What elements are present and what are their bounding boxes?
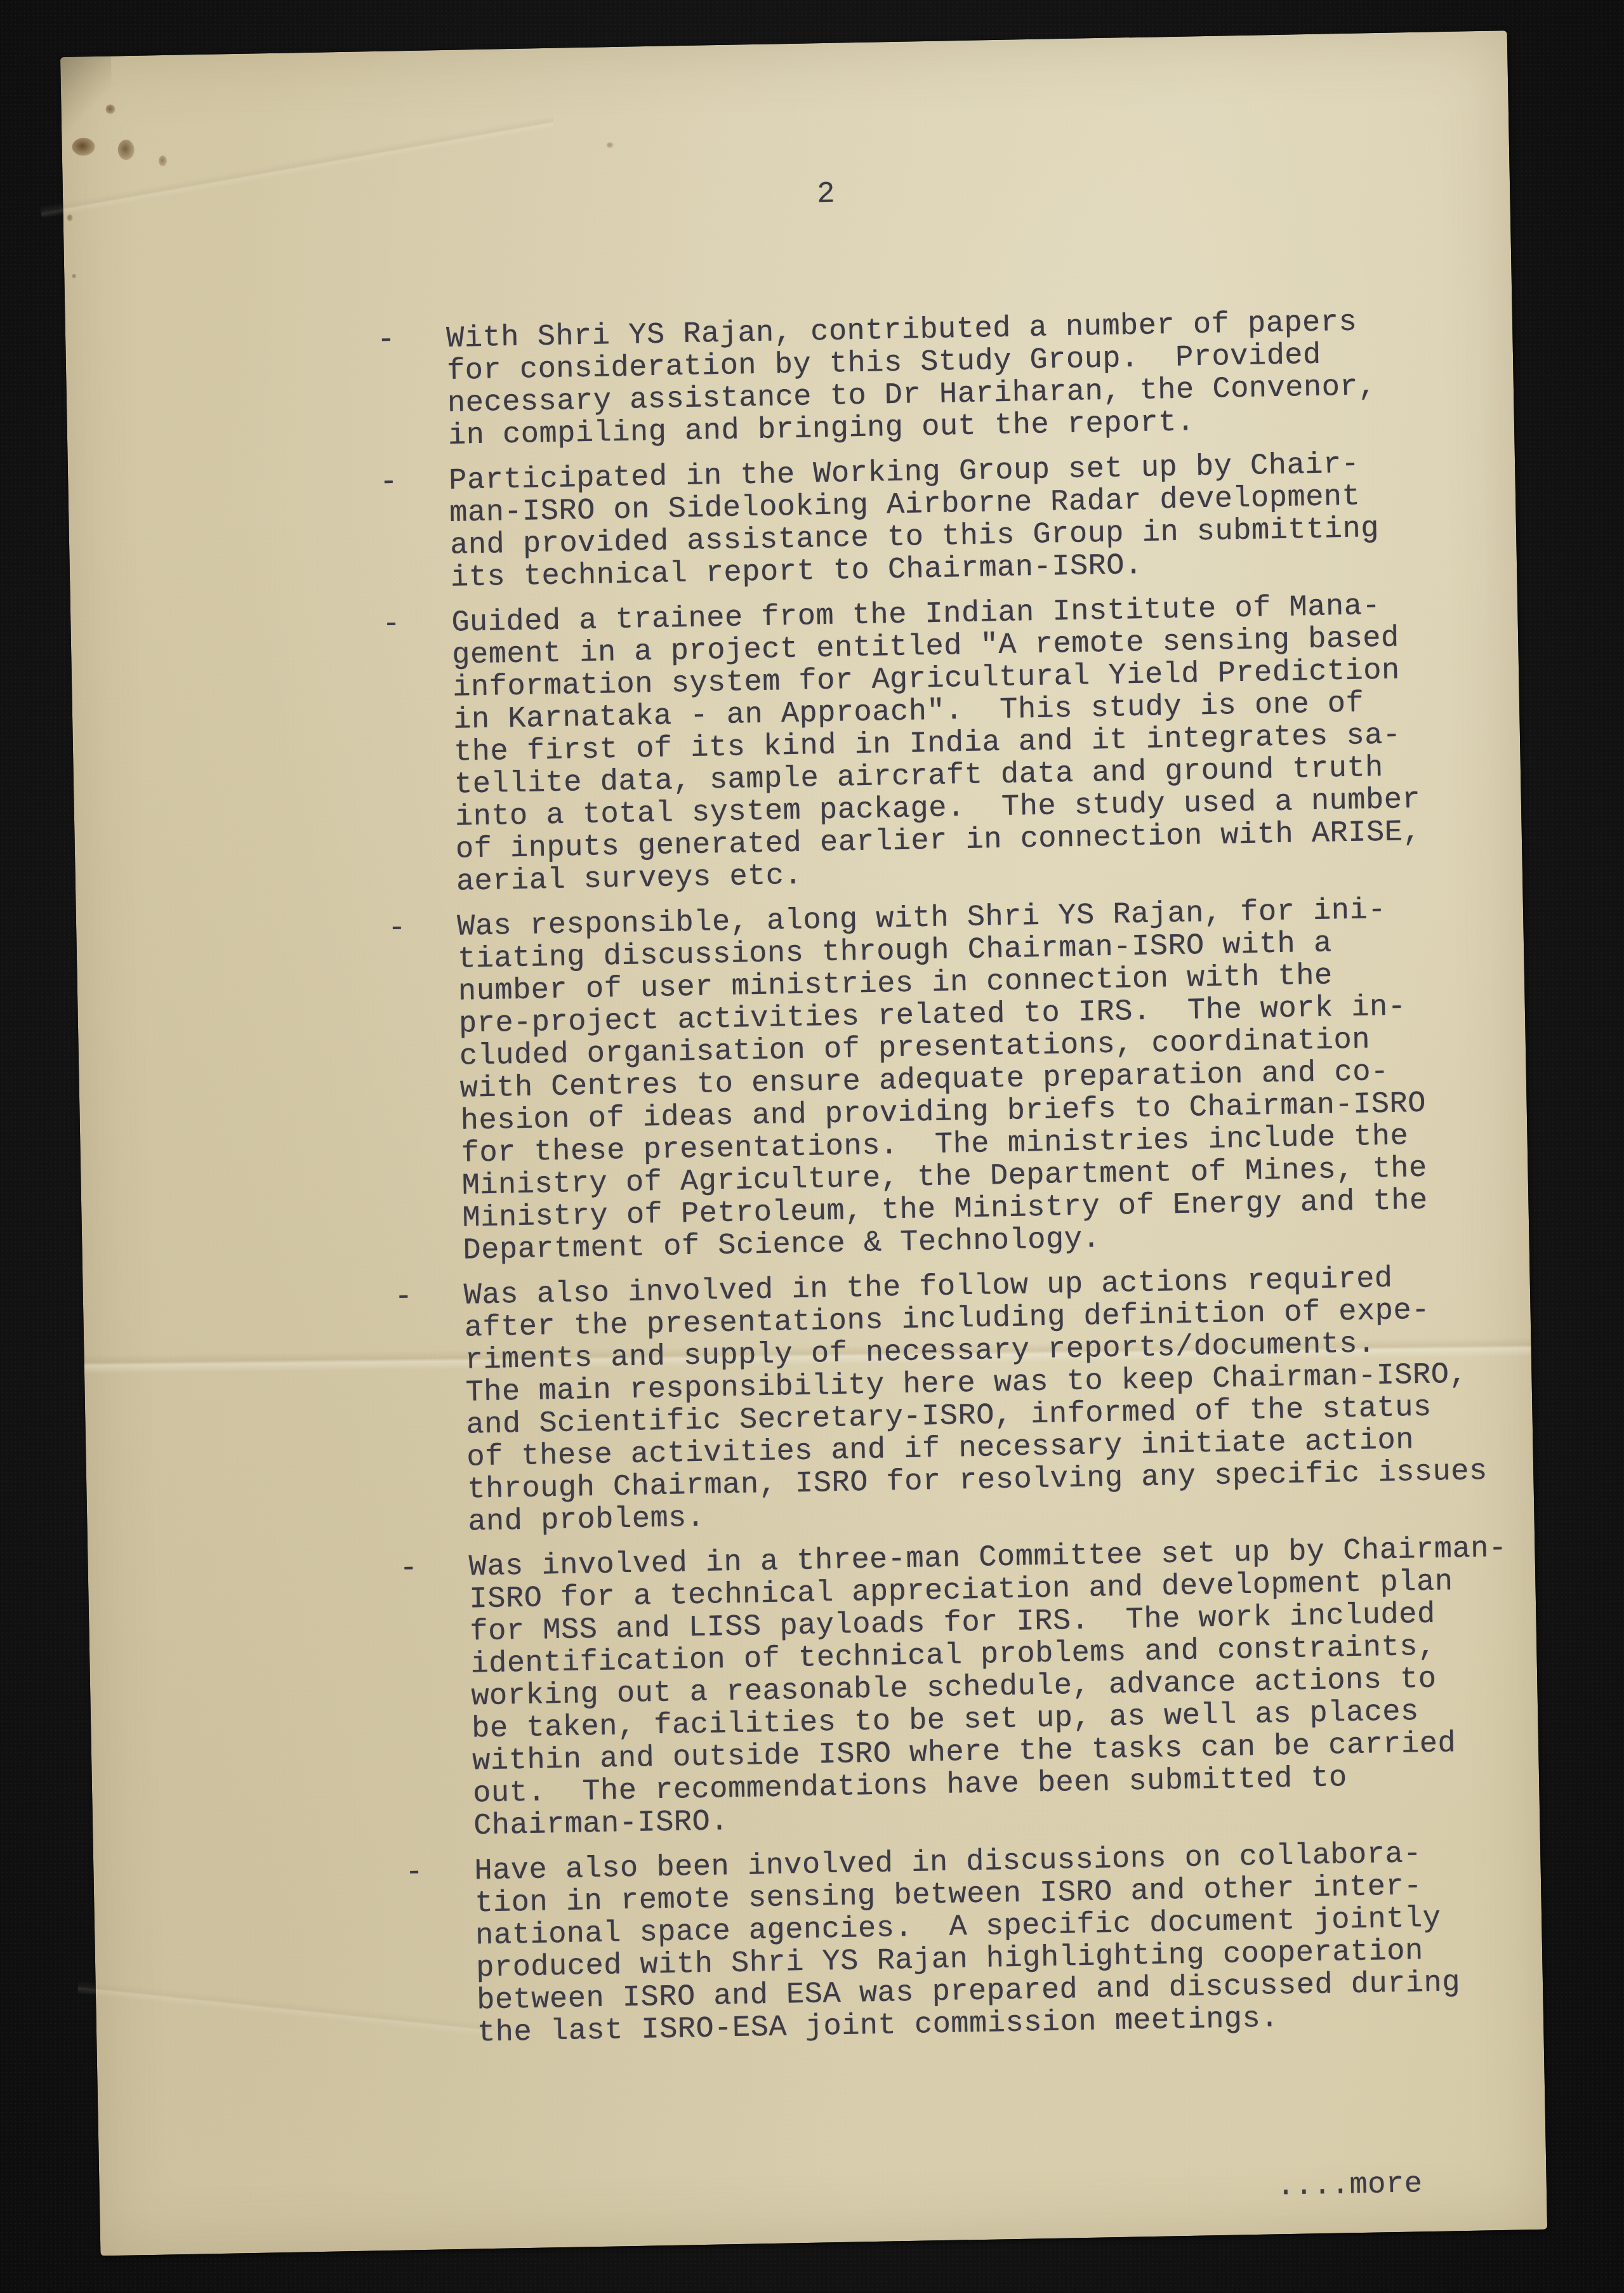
staple-mark bbox=[72, 138, 95, 156]
bullet-item: - With Shri YS Rajan, contributed a numb… bbox=[377, 304, 1487, 454]
bullet-item: - Have also been involved in discussions… bbox=[405, 1837, 1515, 2051]
dash-bullet: - bbox=[382, 607, 456, 900]
paragraph-text: Have also been involved in discussions o… bbox=[474, 1837, 1461, 2049]
stain-spot bbox=[159, 155, 167, 166]
bullet-item: - Was responsible, along with Shri YS Ra… bbox=[388, 892, 1502, 1269]
dash-bullet: - bbox=[394, 1280, 468, 1540]
stain-spot bbox=[72, 274, 76, 279]
stain-spot bbox=[67, 215, 73, 221]
bullet-item: - Was also involved in the follow up act… bbox=[394, 1261, 1506, 1540]
scanner-background: 2 - With Shri YS Rajan, contributed a nu… bbox=[0, 0, 1624, 2293]
dash-bullet: - bbox=[388, 911, 463, 1269]
dash-bullet: - bbox=[399, 1552, 473, 1844]
paragraph-text: Guided a trainee from the Indian Institu… bbox=[451, 590, 1422, 899]
bullet-item: - Guided a trainee from the Indian Insti… bbox=[382, 588, 1495, 900]
document-page: 2 - With Shri YS Rajan, contributed a nu… bbox=[60, 30, 1547, 2256]
dash-bullet: - bbox=[380, 465, 451, 596]
stain-spot bbox=[607, 142, 614, 148]
staple-mark bbox=[105, 104, 115, 114]
page-number: 2 bbox=[817, 178, 836, 211]
paragraph-text: Was also involved in the follow up actio… bbox=[463, 1261, 1488, 1538]
crease-line bbox=[40, 116, 555, 219]
bullet-item: - Participated in the Working Group set … bbox=[380, 446, 1489, 596]
paragraph-text: Was involved in a three-man Committee se… bbox=[468, 1533, 1512, 1843]
bullet-item: - Was involved in a three-man Committee … bbox=[399, 1533, 1512, 1844]
paragraph-text: Participated in the Working Group set up… bbox=[449, 448, 1380, 595]
paragraph-text: Was responsible, along with Shri YS Raja… bbox=[457, 894, 1429, 1267]
paragraph-text: With Shri YS Rajan, contributed a number… bbox=[446, 306, 1377, 453]
corner-damage bbox=[60, 56, 112, 140]
bullet-list: - With Shri YS Rajan, contributed a numb… bbox=[377, 304, 1516, 2064]
dash-bullet: - bbox=[405, 1856, 478, 2051]
staple-mark bbox=[117, 140, 135, 160]
more-indicator: ....more bbox=[1276, 2168, 1423, 2203]
dash-bullet: - bbox=[377, 323, 449, 454]
